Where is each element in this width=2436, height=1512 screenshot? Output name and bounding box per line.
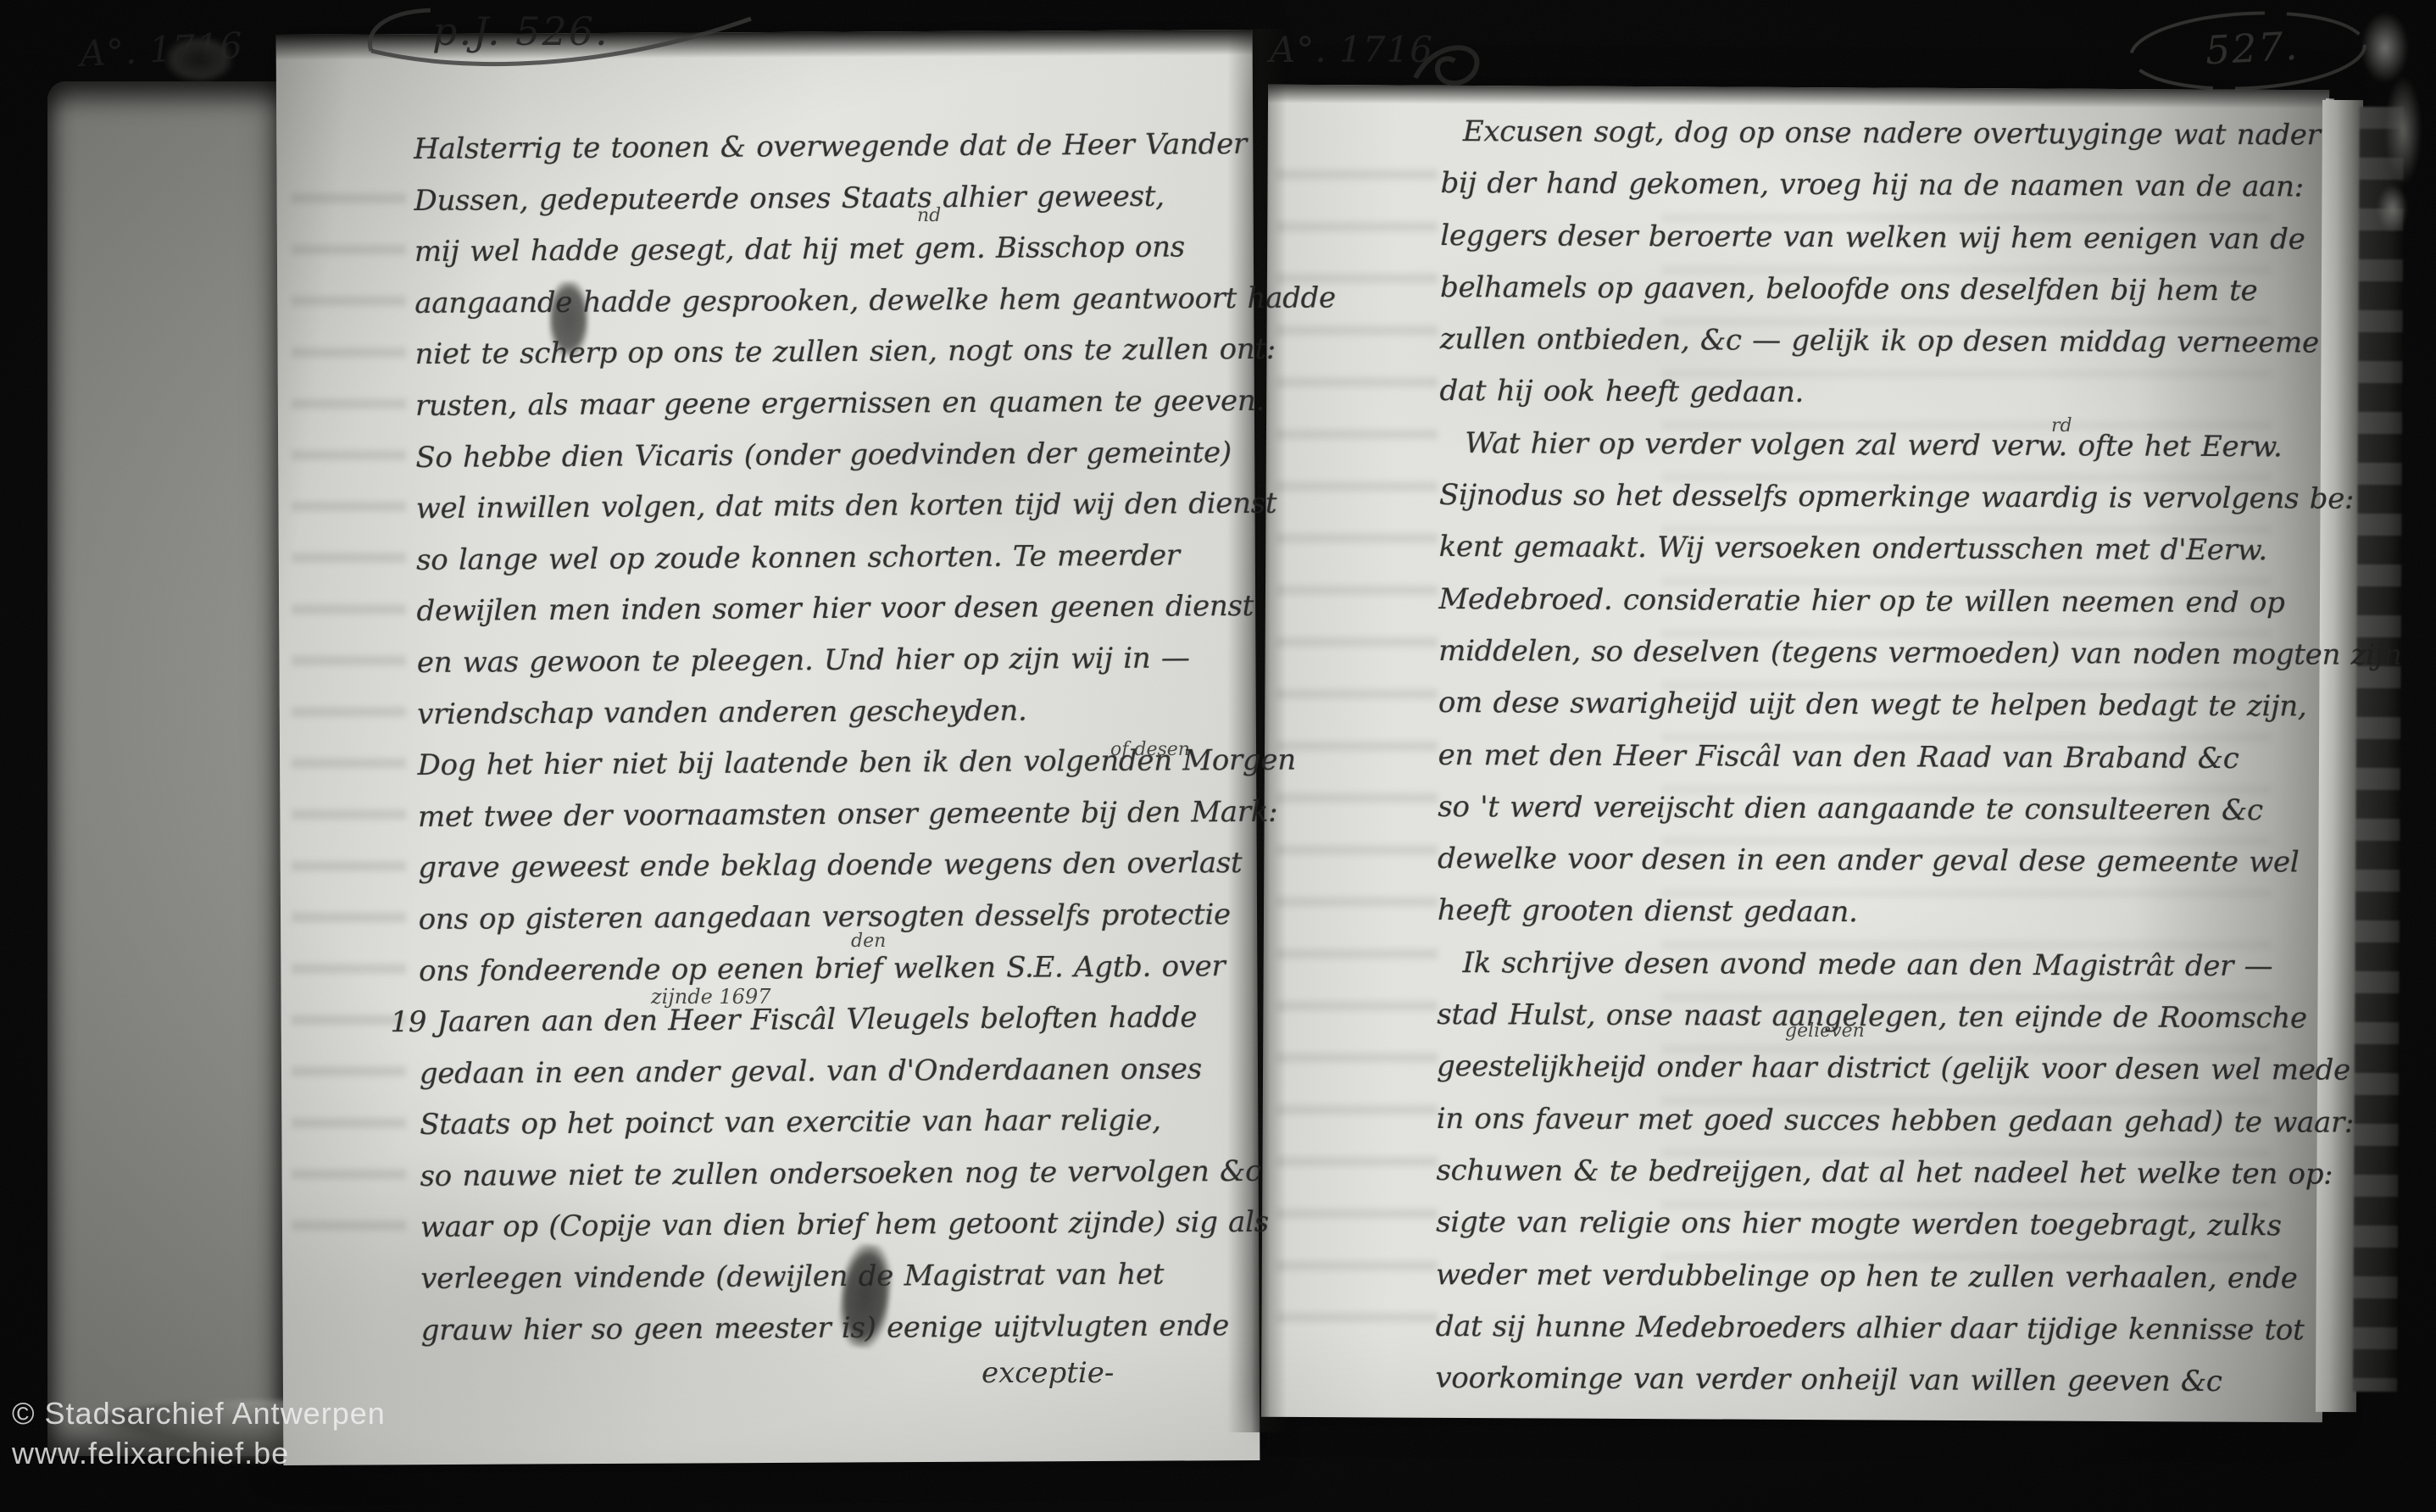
manuscript-line: Wat hier op verder volgen zal werd verw.… [1465, 418, 2316, 474]
manuscript-line: stad Hulst, onse naast aangelegen, ten e… [1437, 989, 2313, 1045]
interlinear-note: den [851, 931, 886, 952]
manuscript-line: so lange wel op zoude konnen schorten. T… [416, 530, 1247, 586]
manuscript-line: verleegen vindende (dewijlen de Magistra… [420, 1248, 1251, 1305]
ink-bleedthrough-left-margin [292, 161, 406, 1246]
manuscript-line: aangaande hadde gesprooken, dewelke hem … [414, 273, 1245, 330]
manuscript-line: en met den Heer Fiscâl van den Raad van … [1438, 730, 2315, 786]
manuscript-line: Medebroed. consideratie hier op te wille… [1438, 574, 2315, 630]
book-cover-edge-right [2353, 107, 2404, 1392]
ink-blot [549, 281, 588, 356]
manuscript-line: met twee der voornaamsten onser gemeente… [418, 787, 1249, 843]
cover-corner-damage [2363, 0, 2436, 237]
manuscript-line: Staats op het poinct van exercitie van h… [420, 1094, 1250, 1151]
manuscript-line: sigte van religie ons hier mogte werden … [1436, 1197, 2312, 1253]
watermark-copyright: © Stadsarchief Antwerpen [12, 1393, 386, 1433]
manuscript-line: dewijlen men inden somer hier voor desen… [416, 581, 1247, 637]
manuscript-line: Dussen, gedeputeerde onses Staats alhier… [414, 170, 1244, 227]
manuscript-line: leggers deser beroerte van welken wij he… [1440, 210, 2316, 266]
year-flourish [1410, 34, 1492, 98]
manuscript-line: 19 Jaaren aan den Heer Fiscâl Vleugels b… [390, 992, 1249, 1048]
folio-number-right: 527. [2204, 23, 2300, 74]
folio-cartouche-527: 527. [2122, 0, 2373, 101]
manuscript-line: Halsterrig te toonen & overwegende dat d… [414, 119, 1244, 175]
folio-number-left: p.J. 526. [432, 8, 609, 54]
book-page-edges-left [47, 81, 286, 1456]
manuscript-line: grave geweest ende beklag doende wegens … [418, 837, 1249, 894]
manuscript-line: so nauwe niet te zullen ondersoeken nog … [420, 1146, 1250, 1203]
manuscript-line: middelen, so deselven (tegens vermoeden)… [1438, 625, 2315, 681]
manuscript-text-left: Halsterrig te toonen & overwegende dat d… [414, 119, 1252, 1356]
manuscript-line: voorkominge van verder onheijl van wille… [1435, 1353, 2311, 1409]
manuscript-line: so 't werd vereijscht dien aangaande te … [1438, 781, 2314, 837]
manuscript-line: niet te scherp op ons te zullen sien, no… [414, 324, 1245, 381]
interlinear-note: gelieven [1785, 1020, 1865, 1042]
manuscript-line: ons op gisteren aangedaan versogten dess… [419, 889, 1249, 946]
catchword: exceptie- [982, 1356, 1114, 1390]
manuscript-line: gedaan in een ander geval. van d'Onderda… [420, 1043, 1250, 1100]
year-heading-right: A°. 1716 [1270, 29, 1433, 70]
manuscript-line: Sijnodus so het desselfs opmerkinge waar… [1439, 470, 2316, 525]
manuscript-line: grauw hier so geen meester is) eenige ui… [421, 1300, 1252, 1357]
interlinear-note: of desen [1110, 739, 1190, 760]
interlinear-note: nd [917, 205, 941, 226]
manuscript-line: rusten, als maar geene ergernissen en qu… [415, 375, 1246, 432]
manuscript-text-right: Excusen sogt, dog op onse nadere overtuy… [1435, 106, 2317, 1409]
manuscript-line: zullen ontbieden, &c — gelijk ik op dese… [1440, 314, 2316, 370]
manuscript-line: in ons faveur met goed succes hebben ged… [1437, 1093, 2313, 1149]
manuscript-line: om dese swarigheijd uijt den wegt te hel… [1438, 677, 2315, 733]
manuscript-line: ons fondeerende op eenen brief welken S.… [419, 940, 1249, 997]
manuscript-line: schuwen & te bedreijgen, dat al het nade… [1436, 1145, 2312, 1201]
manuscript-line: dat sij hunne Medebroeders alhier daar t… [1436, 1301, 2312, 1357]
folio-cartouche-526: p.J. 526. [359, 0, 766, 78]
manuscript-line: kent gemaakt. Wij versoeken ondertussche… [1439, 521, 2316, 577]
manuscript-line: wel inwillen volgen, dat mits den korten… [416, 478, 1247, 535]
manuscript-line: mij wel hadde gesegt, dat hij met gem. B… [414, 221, 1245, 278]
watermark-website: www.felixarchief.be [12, 1433, 386, 1473]
archive-watermark: © Stadsarchief Antwerpen www.felixarchie… [12, 1393, 386, 1473]
ink-blot [166, 37, 232, 81]
manuscript-line: bij der hand gekomen, vroeg hij na de na… [1440, 158, 2316, 214]
manuscript-line: So hebbe dien Vicaris (onder goedvinden … [415, 427, 1246, 484]
manuscript-line: geestelijkheijd onder haar district (gel… [1437, 1041, 2313, 1097]
manuscript-line: heeft grooten dienst gedaan. [1438, 885, 2314, 941]
manuscript-line: en was gewoon te pleegen. Und hier op zi… [417, 632, 1248, 689]
interlinear-note: rd [2051, 415, 2072, 436]
ink-bleedthrough-right-gutter [1276, 136, 1438, 1356]
manuscript-line: Ik schrijve desen avond mede aan den Mag… [1462, 937, 2313, 993]
manuscript-line: Excusen sogt, dog op onse nadere overtuy… [1463, 106, 2317, 162]
manuscript-line: dewelke voor desen in een ander geval de… [1438, 833, 2314, 889]
manuscript-line: waar op (Copije van dien brief hem getoo… [420, 1197, 1251, 1254]
manuscript-line: vriendschap vanden anderen gescheyden. [417, 684, 1248, 741]
interlinear-note: zijnde 1697 [651, 985, 771, 1009]
archival-manuscript-photo: A°. 1716 p.J. 526. A°. 1716 527. Halster… [0, 0, 2436, 1512]
manuscript-line: dat hij ook heeft gedaan. [1439, 365, 2316, 421]
manuscript-line: belhamels op gaaven, beloofde ons deself… [1440, 262, 2316, 318]
manuscript-line: weder met verdubbelinge op hen te zullen… [1436, 1249, 2312, 1305]
